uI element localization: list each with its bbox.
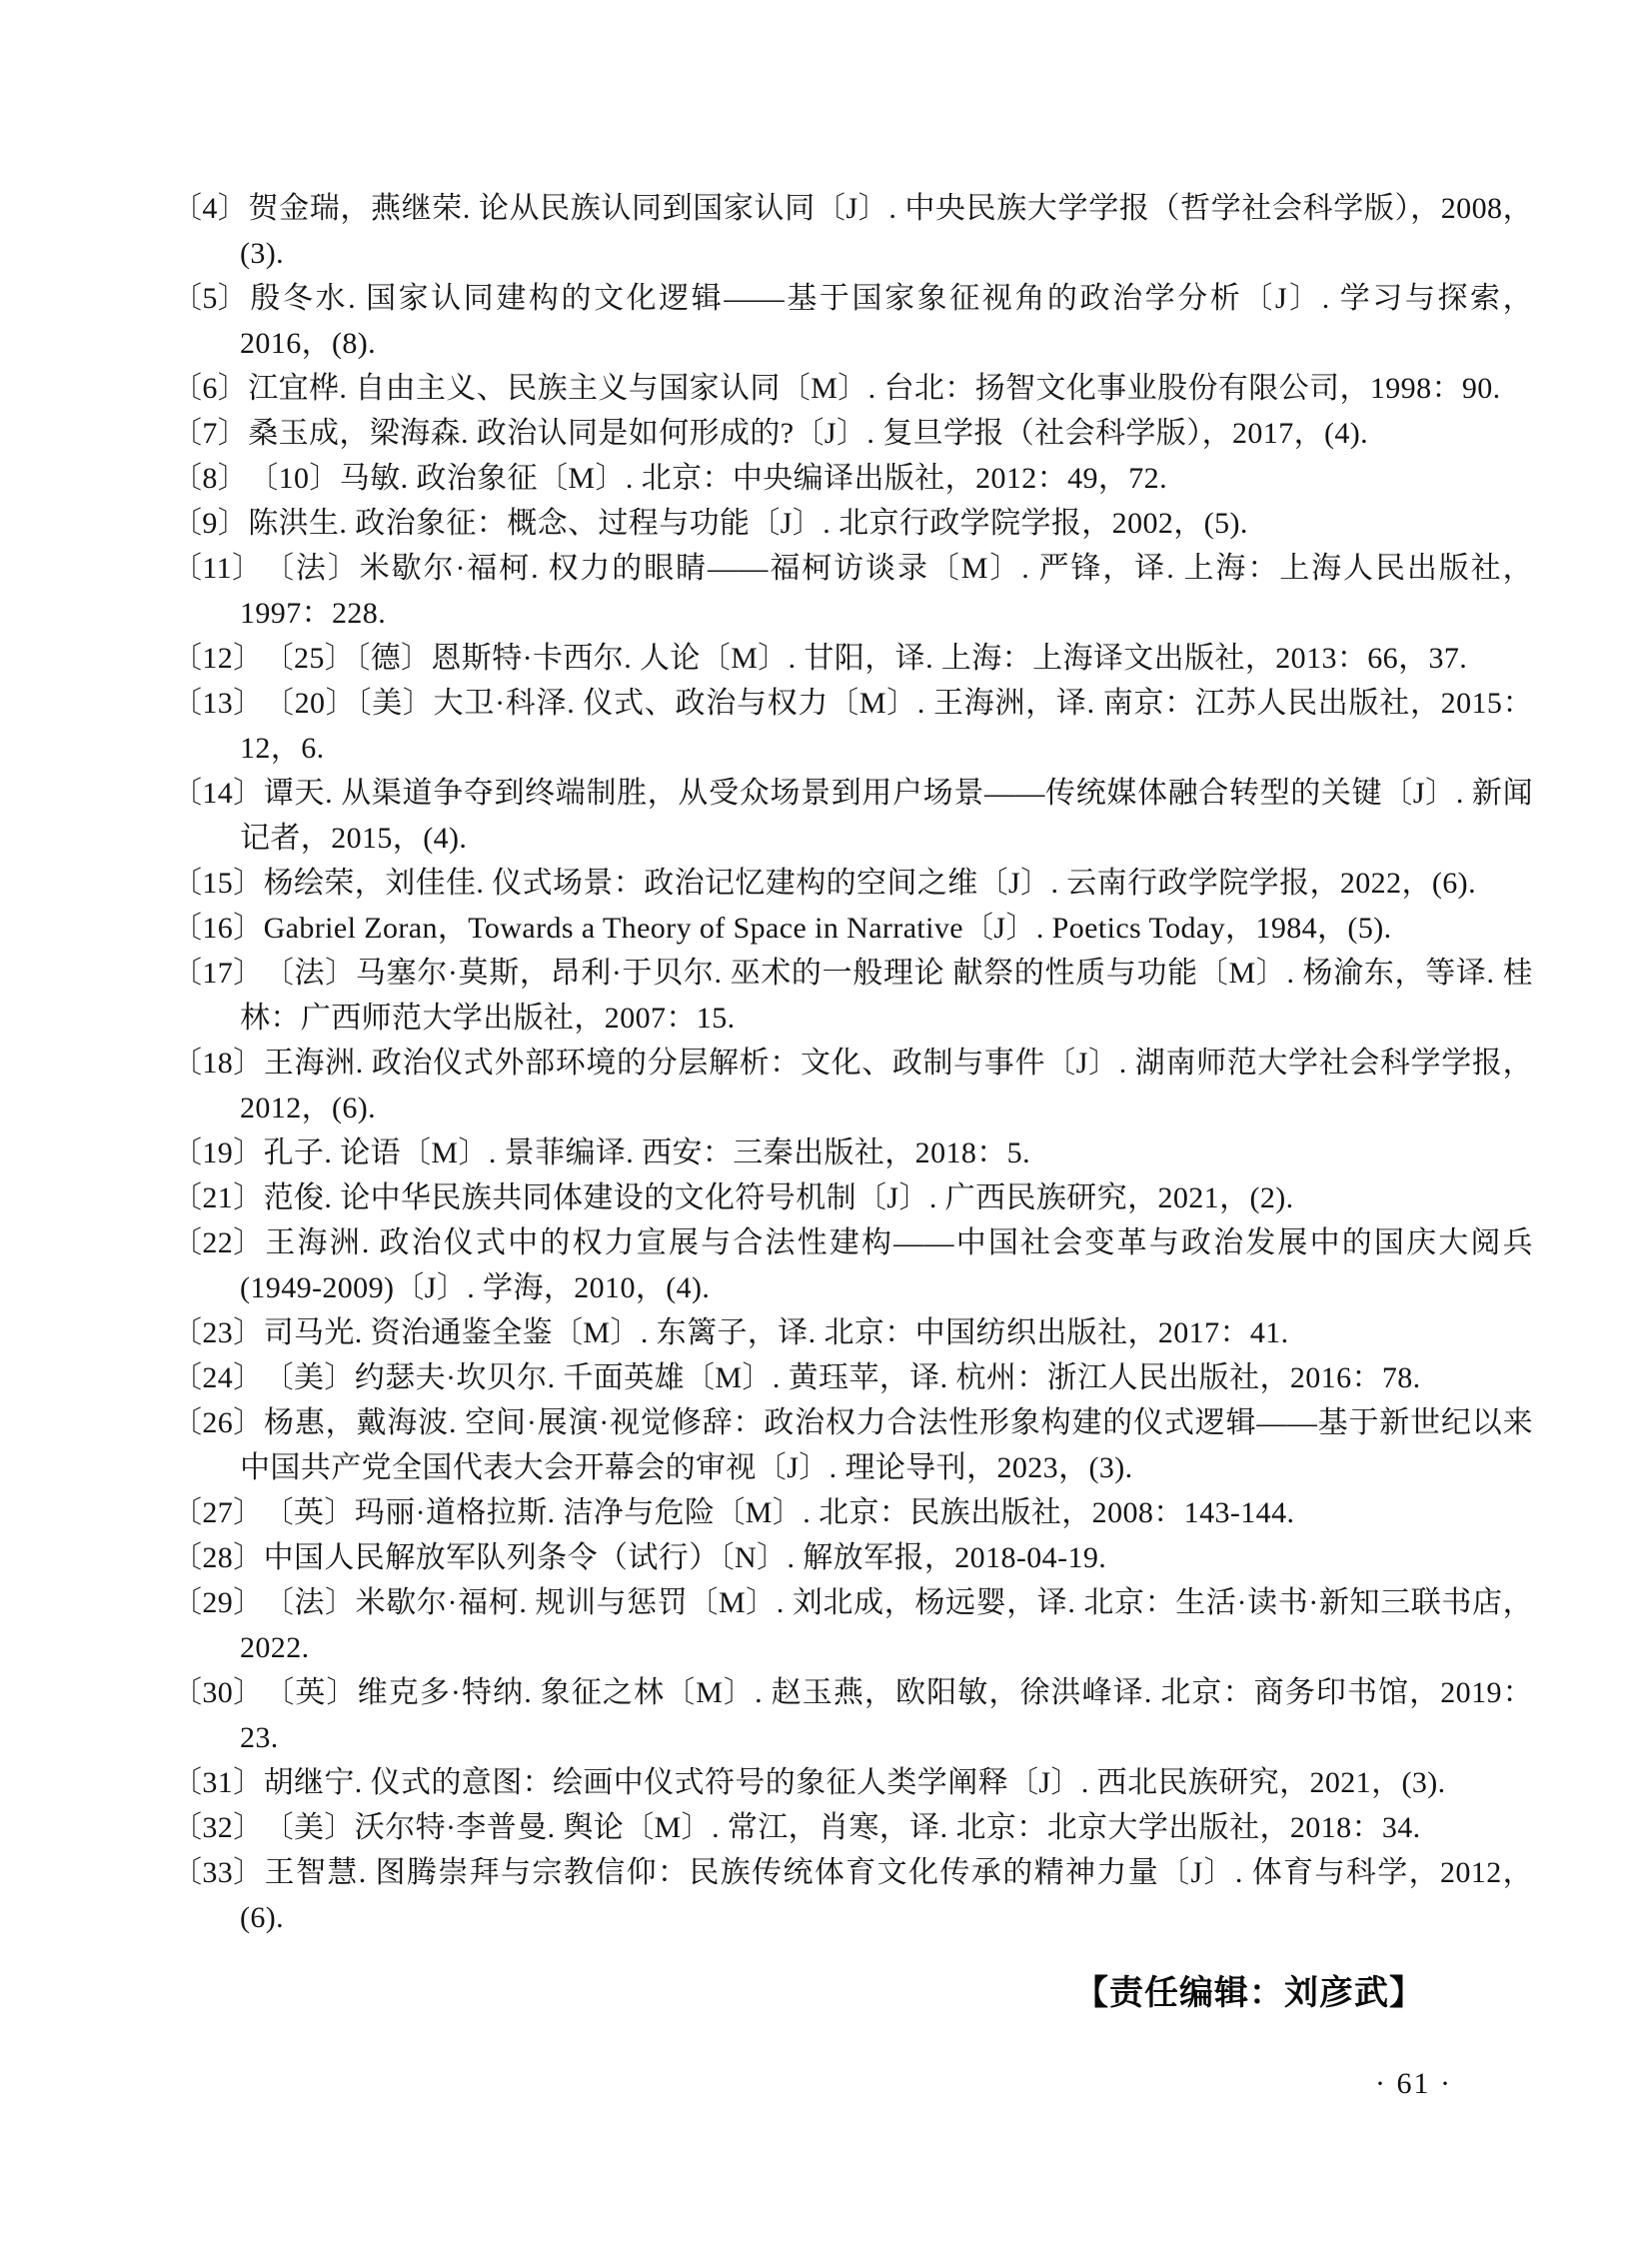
reference-number: 〔19〕 — [172, 1130, 264, 1175]
reference-text: 〔美〕沃尔特·李普曼. 舆论〔M〕. 常江，肖寒，译. 北京：北京大学出版社，2… — [264, 1811, 1421, 1844]
reference-item: 〔15〕杨绘荣，刘佳佳. 仪式场景：政治记忆建构的空间之维〔J〕. 云南行政学院… — [172, 861, 1533, 906]
reference-number: 〔13〕 — [172, 681, 264, 726]
reference-text: 〔美〕约瑟夫·坎贝尔. 千面英雄〔M〕. 黄珏苹，译. 杭州：浙江人民出版社，2… — [264, 1361, 1421, 1394]
reference-number: 〔16〕 — [172, 906, 264, 951]
reference-item: 〔8〕〔10〕马敏. 政治象征〔M〕. 北京：中央编译出版社，2012：49，7… — [172, 456, 1533, 501]
reference-number: 〔8〕 — [172, 456, 248, 501]
reference-item: 〔18〕王海洲. 政治仪式外部环境的分层解析：文化、政制与事件〔J〕. 湖南师范… — [172, 1041, 1533, 1130]
reference-text: Gabriel Zoran，Towards a Theory of Space … — [264, 912, 1392, 945]
reference-number: 〔11〕 — [172, 546, 263, 591]
reference-text: 孔子. 论语〔M〕. 景菲编译. 西安：三秦出版社，2018：5. — [264, 1136, 1030, 1169]
reference-item: 〔17〕〔法〕马塞尔·莫斯，昂利·于贝尔. 巫术的一般理论 献祭的性质与功能〔M… — [172, 951, 1533, 1041]
reference-text: 杨绘荣，刘佳佳. 仪式场景：政治记忆建构的空间之维〔J〕. 云南行政学院学报，2… — [264, 867, 1476, 900]
reference-item: 〔5〕殷冬水. 国家认同建构的文化逻辑——基于国家象征视角的政治学分析〔J〕. … — [172, 276, 1533, 366]
reference-number: 〔14〕 — [172, 771, 264, 816]
reference-item: 〔16〕Gabriel Zoran，Towards a Theory of Sp… — [172, 906, 1533, 951]
reference-number: 〔12〕 — [172, 636, 264, 681]
reference-item: 〔4〕贺金瑞，燕继荣. 论从民族认同到国家认同〔J〕. 中央民族大学学报（哲学社… — [172, 186, 1533, 276]
reference-number: 〔23〕 — [172, 1310, 264, 1355]
reference-number: 〔30〕 — [172, 1670, 264, 1715]
reference-text: 〔英〕维克多·特纳. 象征之林〔M〕. 赵玉燕，欧阳敏，徐洪峰译. 北京：商务印… — [240, 1676, 1533, 1754]
reference-item: 〔23〕司马光. 资治通鉴全鉴〔M〕. 东篱子，译. 北京：中国纺织出版社，20… — [172, 1310, 1533, 1355]
reference-text: 桑玉成，梁海森. 政治认同是如何形成的?〔J〕. 复旦学报（社会科学版），201… — [248, 417, 1368, 450]
reference-item: 〔19〕孔子. 论语〔M〕. 景菲编译. 西安：三秦出版社，2018：5. — [172, 1130, 1533, 1175]
reference-text: 殷冬水. 国家认同建构的文化逻辑——基于国家象征视角的政治学分析〔J〕. 学习与… — [240, 282, 1533, 360]
reference-number: 〔24〕 — [172, 1355, 264, 1400]
reference-number: 〔4〕 — [172, 186, 248, 231]
references-list: 〔4〕贺金瑞，燕继荣. 论从民族认同到国家认同〔J〕. 中央民族大学学报（哲学社… — [172, 186, 1533, 1940]
reference-text: 〔25〕〔德〕恩斯特·卡西尔. 人论〔M〕. 甘阳，译. 上海：上海译文出版社，… — [264, 642, 1468, 675]
reference-text: 中国人民解放军队列条令（试行）〔N〕. 解放军报，2018-04-19. — [264, 1541, 1107, 1574]
reference-number: 〔7〕 — [172, 411, 248, 456]
reference-text: 〔法〕米歇尔·福柯. 规训与惩罚〔M〕. 刘北成，杨远婴，译. 北京：生活·读书… — [240, 1586, 1533, 1664]
reference-number: 〔29〕 — [172, 1580, 264, 1625]
reference-text: 〔英〕玛丽·道格拉斯. 洁净与危险〔M〕. 北京：民族出版社，2008：143-… — [264, 1496, 1295, 1529]
reference-text: 〔20〕〔美〕大卫·科泽. 仪式、政治与权力〔M〕. 王海洲，译. 南京：江苏人… — [240, 687, 1533, 765]
reference-number: 〔26〕 — [172, 1400, 264, 1445]
page-number: · 61 · — [1375, 2067, 1452, 2101]
reference-number: 〔17〕 — [172, 951, 264, 996]
reference-text: 〔法〕米歇尔·福柯. 权力的眼睛——福柯访谈录〔M〕. 严锋，译. 上海：上海人… — [240, 552, 1533, 630]
reference-item: 〔29〕〔法〕米歇尔·福柯. 规训与惩罚〔M〕. 刘北成，杨远婴，译. 北京：生… — [172, 1580, 1533, 1670]
reference-text: 胡继宁. 仪式的意图：绘画中仪式符号的象征人类学阐释〔J〕. 西北民族研究，20… — [264, 1766, 1446, 1799]
reference-item: 〔12〕〔25〕〔德〕恩斯特·卡西尔. 人论〔M〕. 甘阳，译. 上海：上海译文… — [172, 636, 1533, 681]
reference-text: 王海洲. 政治仪式中的权力宣展与合法性建构——中国社会变革与政治发展中的国庆大阅… — [240, 1226, 1533, 1304]
reference-text: 贺金瑞，燕继荣. 论从民族认同到国家认同〔J〕. 中央民族大学学报（哲学社会科学… — [240, 192, 1533, 270]
reference-item: 〔33〕王智慧. 图腾崇拜与宗教信仰：民族传统体育文化传承的精神力量〔J〕. 体… — [172, 1850, 1533, 1940]
reference-item: 〔6〕江宜桦. 自由主义、民族主义与国家认同〔M〕. 台北：扬智文化事业股份有限… — [172, 366, 1533, 411]
reference-text: 王智慧. 图腾崇拜与宗教信仰：民族传统体育文化传承的精神力量〔J〕. 体育与科学… — [240, 1856, 1533, 1934]
journal-page: 〔4〕贺金瑞，燕继荣. 论从民族认同到国家认同〔J〕. 中央民族大学学报（哲学社… — [0, 0, 1652, 2243]
reference-text: 司马光. 资治通鉴全鉴〔M〕. 东篱子，译. 北京：中国纺织出版社，2017：4… — [264, 1316, 1289, 1349]
reference-number: 〔6〕 — [172, 366, 248, 411]
reference-item: 〔31〕胡继宁. 仪式的意图：绘画中仪式符号的象征人类学阐释〔J〕. 西北民族研… — [172, 1760, 1533, 1805]
reference-text: 范俊. 论中华民族共同体建设的文化符号机制〔J〕. 广西民族研究，2021，(2… — [264, 1181, 1294, 1214]
reference-text: 王海洲. 政治仪式外部环境的分层解析：文化、政制与事件〔J〕. 湖南师范大学社会… — [240, 1047, 1533, 1124]
reference-item: 〔21〕范俊. 论中华民族共同体建设的文化符号机制〔J〕. 广西民族研究，202… — [172, 1175, 1533, 1220]
reference-number: 〔33〕 — [172, 1850, 264, 1895]
reference-number: 〔31〕 — [172, 1760, 264, 1805]
reference-number: 〔27〕 — [172, 1490, 264, 1535]
reference-number: 〔28〕 — [172, 1535, 264, 1580]
reference-number: 〔21〕 — [172, 1175, 264, 1220]
reference-item: 〔32〕〔美〕沃尔特·李普曼. 舆论〔M〕. 常江，肖寒，译. 北京：北京大学出… — [172, 1805, 1533, 1850]
reference-item: 〔14〕谭天. 从渠道争夺到终端制胜，从受众场景到用户场景——传统媒体融合转型的… — [172, 771, 1533, 861]
editor-credit: 【责任编辑：刘彦武】 — [1074, 1965, 1424, 2014]
reference-item: 〔26〕杨惠，戴海波. 空间·展演·视觉修辞：政治权力合法性形象构建的仪式逻辑—… — [172, 1400, 1533, 1490]
reference-item: 〔11〕〔法〕米歇尔·福柯. 权力的眼睛——福柯访谈录〔M〕. 严锋，译. 上海… — [172, 546, 1533, 636]
reference-number: 〔32〕 — [172, 1805, 264, 1850]
reference-item: 〔30〕〔英〕维克多·特纳. 象征之林〔M〕. 赵玉燕，欧阳敏，徐洪峰译. 北京… — [172, 1670, 1533, 1760]
reference-number: 〔15〕 — [172, 861, 264, 906]
reference-number: 〔22〕 — [172, 1220, 264, 1265]
reference-text: 〔法〕马塞尔·莫斯，昂利·于贝尔. 巫术的一般理论 献祭的性质与功能〔M〕. 杨… — [240, 957, 1533, 1035]
reference-item: 〔28〕中国人民解放军队列条令（试行）〔N〕. 解放军报，2018-04-19. — [172, 1535, 1533, 1580]
reference-item: 〔13〕〔20〕〔美〕大卫·科泽. 仪式、政治与权力〔M〕. 王海洲，译. 南京… — [172, 681, 1533, 771]
reference-number: 〔9〕 — [172, 501, 248, 546]
reference-number: 〔18〕 — [172, 1041, 264, 1086]
reference-item: 〔24〕〔美〕约瑟夫·坎贝尔. 千面英雄〔M〕. 黄珏苹，译. 杭州：浙江人民出… — [172, 1355, 1533, 1400]
reference-item: 〔7〕桑玉成，梁海森. 政治认同是如何形成的?〔J〕. 复旦学报（社会科学版），… — [172, 411, 1533, 456]
reference-number: 〔5〕 — [172, 276, 248, 321]
reference-item: 〔22〕王海洲. 政治仪式中的权力宣展与合法性建构——中国社会变革与政治发展中的… — [172, 1220, 1533, 1310]
reference-item: 〔9〕陈洪生. 政治象征：概念、过程与功能〔J〕. 北京行政学院学报，2002，… — [172, 501, 1533, 546]
reference-text: 杨惠，戴海波. 空间·展演·视觉修辞：政治权力合法性形象构建的仪式逻辑——基于新… — [240, 1406, 1533, 1484]
reference-item: 〔27〕〔英〕玛丽·道格拉斯. 洁净与危险〔M〕. 北京：民族出版社，2008：… — [172, 1490, 1533, 1535]
reference-text: 〔10〕马敏. 政治象征〔M〕. 北京：中央编译出版社，2012：49，72. — [248, 462, 1167, 495]
reference-text: 陈洪生. 政治象征：概念、过程与功能〔J〕. 北京行政学院学报，2002，(5)… — [248, 507, 1248, 540]
reference-text: 江宜桦. 自由主义、民族主义与国家认同〔M〕. 台北：扬智文化事业股份有限公司，… — [248, 372, 1500, 405]
reference-text: 谭天. 从渠道争夺到终端制胜，从受众场景到用户场景——传统媒体融合转型的关键〔J… — [240, 777, 1533, 855]
